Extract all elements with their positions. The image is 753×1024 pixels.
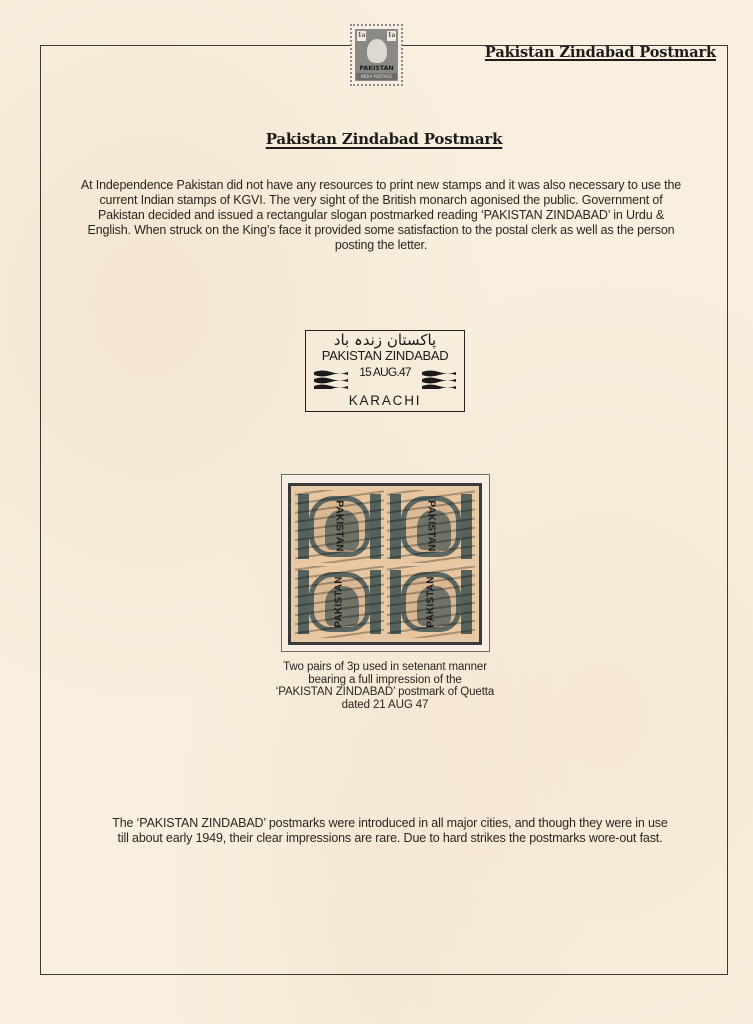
- kgvi-stamp-icon: 1a 1a PAKISTAN INDIA POSTAGE: [355, 29, 398, 81]
- caption-line: bearing a full impression of the: [230, 674, 540, 687]
- stamp-3p: PAKISTAN: [387, 490, 476, 563]
- page-title: Pakistan Zindabad Postmark: [0, 130, 753, 148]
- stamp-block-grid: PAKISTANPAKISTANPAKISTANPAKISTAN: [295, 490, 475, 638]
- header-title: Pakistan Zindabad Postmark: [485, 44, 716, 61]
- postmark-cancellation: [387, 490, 476, 563]
- postmark-cancellation: [295, 566, 384, 639]
- stamp-base-label: INDIA POSTAGE: [356, 73, 397, 80]
- stamp-block-image: PAKISTANPAKISTANPAKISTANPAKISTAN: [288, 483, 482, 645]
- header-stamp-image: 1a 1a PAKISTAN INDIA POSTAGE: [350, 24, 403, 86]
- stamp-value-left: 1a: [357, 31, 366, 41]
- postmark-illustration: پاکستان زندہ باد PAKISTAN ZINDABAD 15 AU…: [305, 330, 465, 412]
- postmark-city: KARACHI: [306, 393, 464, 408]
- postmark-english-text: PAKISTAN ZINDABAD: [306, 349, 464, 363]
- caption-line: dated 21 AUG 47: [230, 699, 540, 712]
- wavy-lines-icon: [422, 369, 456, 389]
- intro-paragraph: At Independence Pakistan did not have an…: [76, 178, 686, 253]
- stamp-block-mount: PAKISTANPAKISTANPAKISTANPAKISTAN: [281, 474, 490, 652]
- stamp-3p: PAKISTAN: [387, 566, 476, 639]
- stamp-value-right: 1a: [387, 31, 396, 41]
- postmark-urdu-text: پاکستان زندہ باد: [306, 331, 464, 349]
- postmark-cancellation: [387, 566, 476, 639]
- stamp-block-caption: Two pairs of 3p used in setenant manner …: [230, 661, 540, 711]
- stamp-overprint: PAKISTAN: [355, 64, 398, 72]
- caption-line: ‘PAKISTAN ZINDABAD’ postmark of Quetta: [230, 686, 540, 699]
- caption-line: Two pairs of 3p used in setenant manner: [230, 661, 540, 674]
- stamp-3p: PAKISTAN: [295, 490, 384, 563]
- stamp-3p: PAKISTAN: [295, 566, 384, 639]
- king-portrait-icon: [367, 39, 387, 63]
- postmark-cancellation: [295, 490, 384, 563]
- footer-paragraph: The ‘PAKISTAN ZINDABAD’ postmarks were i…: [110, 816, 670, 846]
